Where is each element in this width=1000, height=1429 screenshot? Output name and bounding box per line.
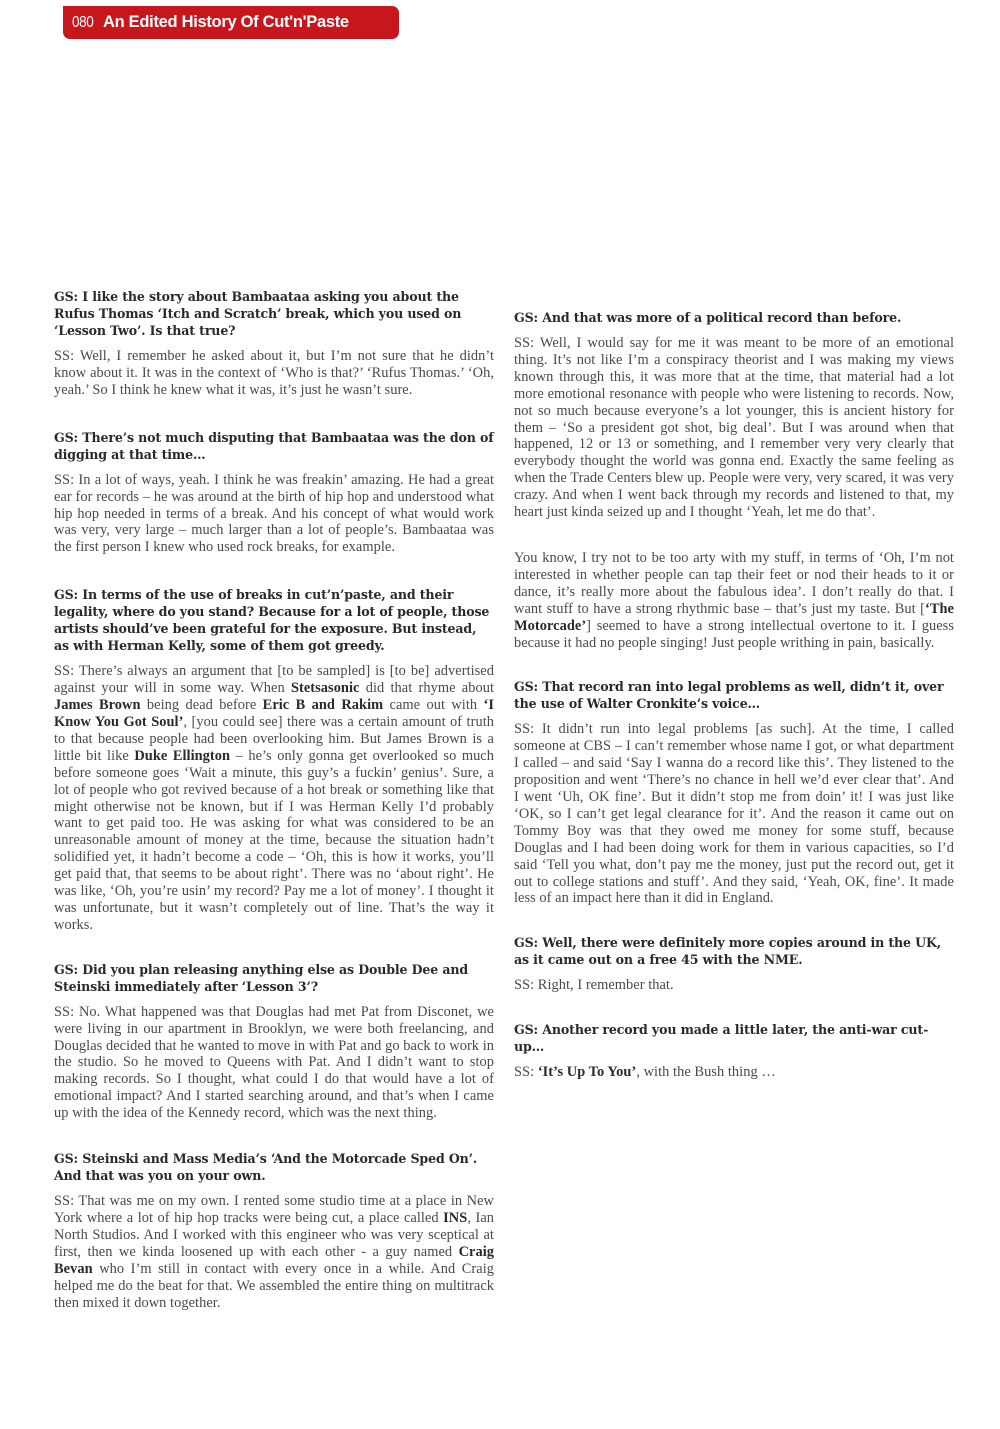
emphasized-name: Duke Ellington [134,748,230,764]
emphasized-name: Eric B and Rakim [263,697,384,713]
interview-question: GS: In terms of the use of breaks in cut… [54,586,494,654]
interview-answer: SS: Right, I remember that. [514,977,954,994]
interview-answer: SS: ‘It’s Up To You’, with the Bush thin… [514,1064,954,1081]
emphasized-name: James Brown [54,697,141,713]
right-column: GS: And that was more of a political rec… [514,309,954,1081]
interview-question: GS: I like the story about Bambaataa ask… [54,288,494,339]
interview-answer: SS: In a lot of ways, yeah. I think he w… [54,472,494,557]
interview-answer: SS: It didn’t run into legal problems [a… [514,721,954,907]
interview-answer: SS: There’s always an argument that [to … [54,663,494,934]
interview-answer: SS: Well, I would say for me it was mean… [514,335,954,521]
interview-question: GS: Well, there were definitely more cop… [514,934,954,968]
emphasized-name: Craig Bevan [54,1244,494,1277]
emphasized-name: Stetsasonic [291,680,360,696]
interview-question: GS: There’s not much disputing that Bamb… [54,429,494,463]
emphasized-name: ‘It’s Up To You’ [538,1064,637,1080]
interview-answer: SS: That was me on my own. I rented some… [54,1193,494,1311]
emphasized-name: ‘The Motorcade’ [514,601,954,634]
interview-question: GS: Did you plan releasing anything else… [54,961,494,995]
section-header-bar: 080 An Edited History Of Cut'n'Paste [63,6,399,39]
interview-question: GS: Steinski and Mass Media’s ‘And the M… [54,1150,494,1184]
left-column: GS: I like the story about Bambaataa ask… [54,288,494,1311]
interview-answer-continued: You know, I try not to be too arty with … [514,550,954,651]
interview-question: GS: Another record you made a little lat… [514,1021,954,1055]
emphasized-name: INS [443,1210,467,1226]
interview-question: GS: And that was more of a political rec… [514,309,954,326]
interview-answer: SS: Well, I remember he asked about it, … [54,348,494,399]
interview-answer: SS: No. What happened was that Douglas h… [54,1004,494,1122]
page-number: 080 [72,14,96,32]
section-title: An Edited History Of Cut'n'Paste [103,13,349,32]
interview-question: GS: That record ran into legal problems … [514,678,954,712]
